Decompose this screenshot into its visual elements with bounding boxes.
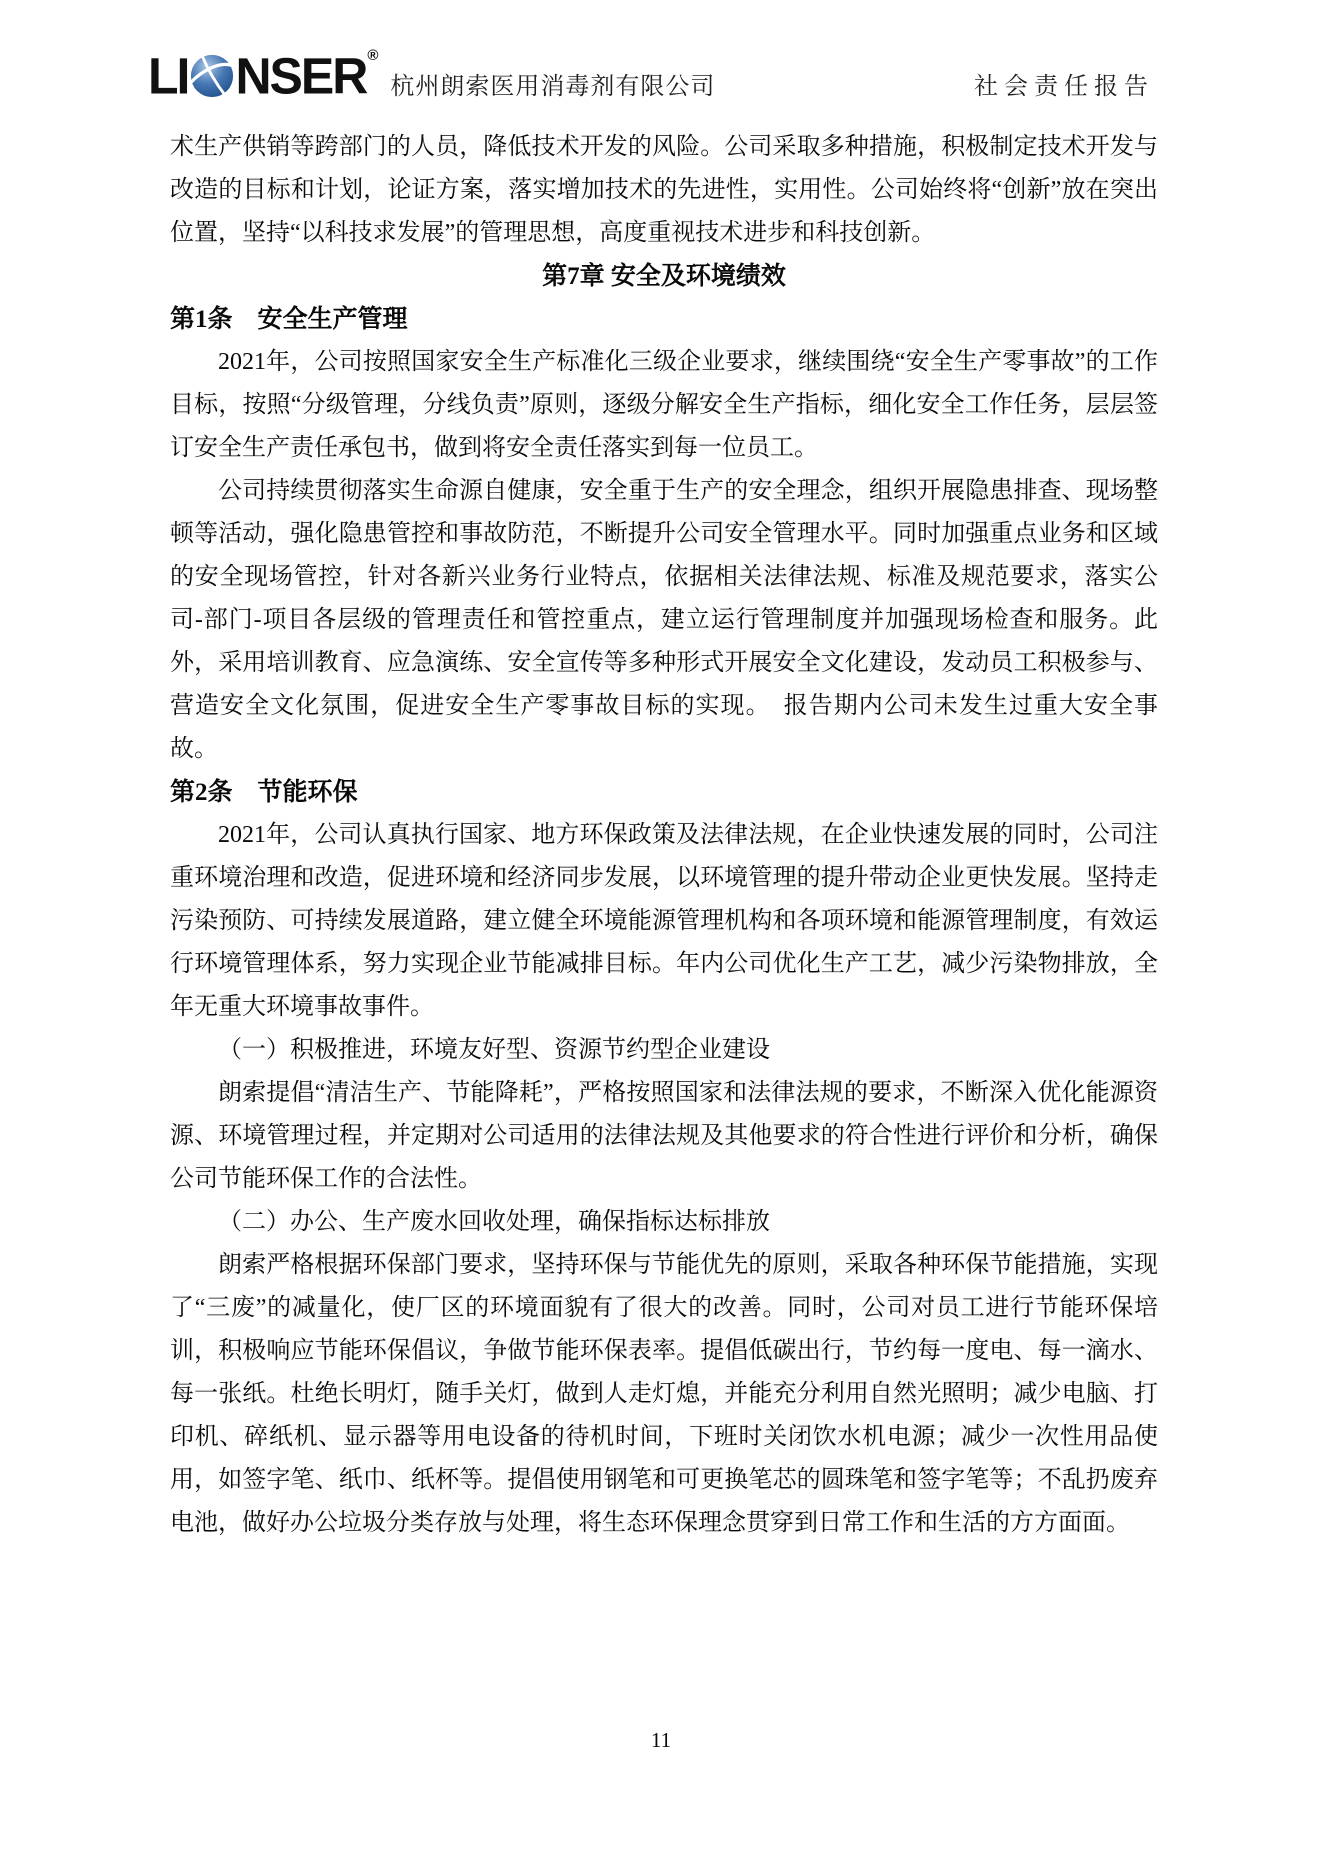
logo-text-nser: NSER bbox=[235, 52, 366, 101]
section-2-heading: 第2条 节能环保 bbox=[170, 771, 1158, 814]
page-number: 11 bbox=[0, 1728, 1322, 1753]
page-header: LI NSER ® 杭州朗索医用消毒剂有限公司 社会责任报告 bbox=[148, 52, 1154, 101]
section-1-heading: 第1条 安全生产管理 bbox=[170, 298, 1158, 341]
body-paragraph-safety-2: 公司持续贯彻落实生命源自健康，安全重于生产的安全理念，组织开展隐患排查、现场整顿… bbox=[170, 470, 1158, 771]
lionser-logo: LI NSER ® bbox=[148, 52, 378, 100]
body-paragraph-environment-3: 朗索严格根据环保部门要求，坚持环保与节能优先的原则，采取各种环保节能措施，实现了… bbox=[170, 1244, 1158, 1545]
sub-item-2-heading: （二）办公、生产废水回收处理，确保指标达标排放 bbox=[170, 1201, 1158, 1244]
report-title: 社会责任报告 bbox=[974, 66, 1154, 101]
sub-item-1-heading: （一）积极推进，环境友好型、资源节约型企业建设 bbox=[170, 1029, 1158, 1072]
body-paragraph-continuation: 术生产供销等跨部门的人员，降低技术开发的风险。公司采取多种措施，积极制定技术开发… bbox=[170, 126, 1158, 255]
logo-text-li: LI bbox=[148, 52, 188, 101]
chapter-7-heading: 第7章 安全及环境绩效 bbox=[170, 255, 1158, 298]
body-paragraph-environment-1: 2021年，公司认真执行国家、地方环保政策及法律法规，在企业快速发展的同时，公司… bbox=[170, 814, 1158, 1029]
document-body: 术生产供销等跨部门的人员，降低技术开发的风险。公司采取多种措施，积极制定技术开发… bbox=[170, 126, 1158, 1545]
globe-icon bbox=[190, 54, 234, 98]
body-paragraph-safety-1: 2021年，公司按照国家安全生产标准化三级企业要求，继续围绕“安全生产零事故”的… bbox=[170, 341, 1158, 470]
registered-trademark-icon: ® bbox=[367, 48, 378, 63]
report-page: LI NSER ® 杭州朗索医用消毒剂有限公司 社会责任报告 术生产供销等跨部门… bbox=[0, 0, 1322, 1869]
company-name: 杭州朗索医用消毒剂有限公司 bbox=[390, 66, 715, 101]
body-paragraph-environment-2: 朗索提倡“清洁生产、节能降耗”，严格按照国家和法律法规的要求，不断深入优化能源资… bbox=[170, 1072, 1158, 1201]
